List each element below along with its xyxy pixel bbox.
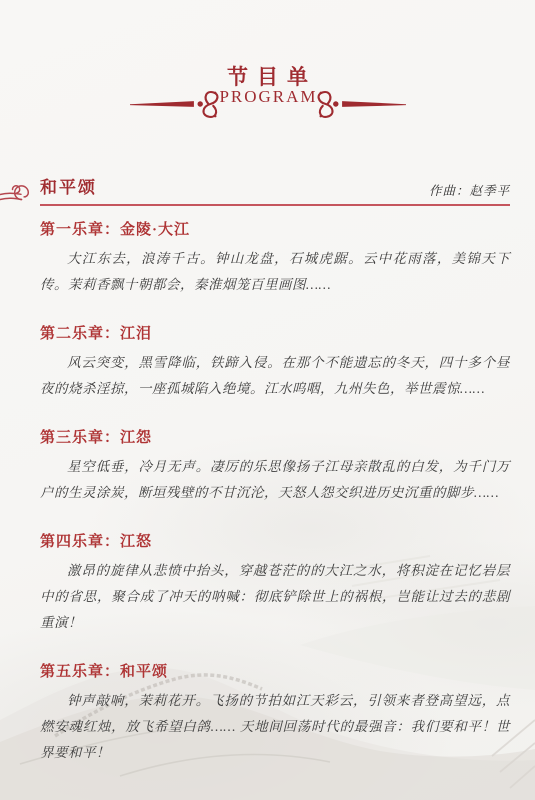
movement-5: 第五乐章：和平颂 钟声敲响，茉莉花开。飞扬的节拍如江天彩云，引领来者登高望远，点… xyxy=(40,661,510,766)
movement-heading: 第三乐章：江怨 xyxy=(40,427,510,449)
flourish-left-icon xyxy=(130,88,222,120)
program-page: { "header": { "title": "节目单", "subtitle"… xyxy=(0,0,535,800)
composer-credit: 作曲：赵季平 xyxy=(429,181,510,199)
movement-heading: 第五乐章：和平颂 xyxy=(40,661,510,683)
movement-description: 风云突变，黑雪降临，铁蹄入侵。在那个不能遗忘的冬天，四十多个昼夜的烧杀淫掠，一座… xyxy=(40,350,510,402)
work-title: 和平颂 xyxy=(40,176,97,200)
movement-heading: 第一乐章：金陵·大江 xyxy=(40,219,510,241)
movement-4: 第四乐章：江怒 激昂的旋律从悲愤中抬头，穿越苍茫的的大江之水，将积淀在记忆岩层中… xyxy=(40,531,510,636)
movement-3: 第三乐章：江怨 星空低垂，冷月无声。凄厉的乐思像扬子江母亲散乱的白发，为千门万户… xyxy=(40,427,510,506)
program-title-row: 和平颂 作曲：赵季平 xyxy=(0,176,535,206)
cloud-icon xyxy=(0,179,38,205)
movement-list: 第一乐章：金陵·大江 大江东去，浪涛千古。钟山龙盘，石城虎踞。云中花雨落，美锦天… xyxy=(40,219,510,791)
flourish-right-icon xyxy=(314,88,406,120)
movement-description: 星空低垂，冷月无声。凄厉的乐思像扬子江母亲散乱的白发，为千门万户的生灵涂炭，断垣… xyxy=(40,454,510,506)
movement-description: 钟声敲响，茉莉花开。飞扬的节拍如江天彩云，引领来者登高望远，点燃安魂红烛，放飞希… xyxy=(40,688,510,766)
program-header: 节目单 PROGRAM xyxy=(0,64,535,106)
movement-1: 第一乐章：金陵·大江 大江东去，浪涛千古。钟山龙盘，石城虎踞。云中花雨落，美锦天… xyxy=(40,219,510,298)
page-subtitle: PROGRAM xyxy=(0,88,535,106)
movement-description: 激昂的旋律从悲愤中抬头，穿越苍茫的的大江之水，将积淀在记忆岩层中的省思，聚合成了… xyxy=(40,558,510,636)
movement-heading: 第四乐章：江怒 xyxy=(40,531,510,553)
movement-2: 第二乐章：江泪 风云突变，黑雪降临，铁蹄入侵。在那个不能遗忘的冬天，四十多个昼夜… xyxy=(40,323,510,402)
movement-heading: 第二乐章：江泪 xyxy=(40,323,510,345)
red-divider-line xyxy=(40,204,510,206)
movement-description: 大江东去，浪涛千古。钟山龙盘，石城虎踞。云中花雨落，美锦天下传。茉莉香飘十朝都会… xyxy=(40,246,510,298)
